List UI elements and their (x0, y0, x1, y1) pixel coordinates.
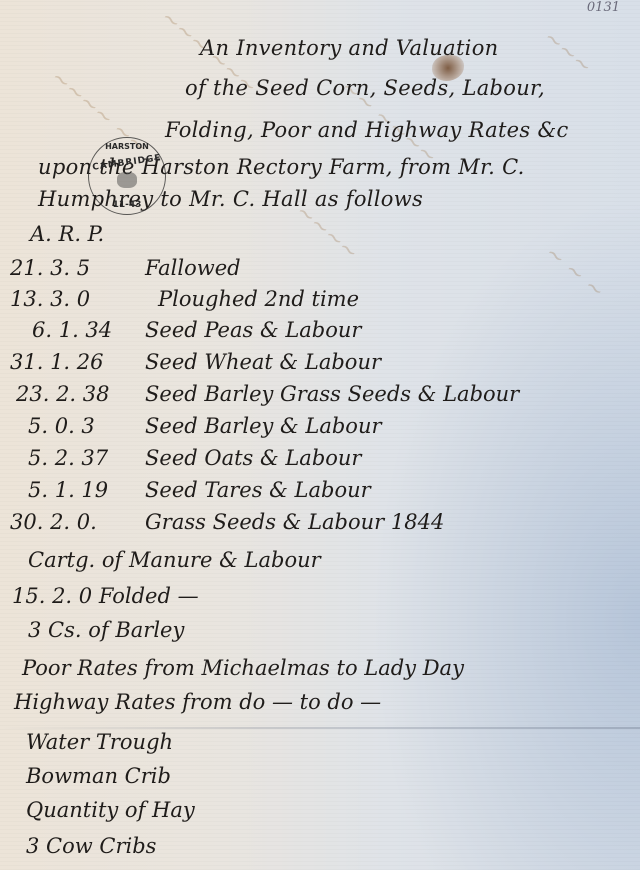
entry-description: Seed Oats & Labour (145, 446, 361, 470)
line-cow-cribs: 3 Cow Cribs (26, 834, 156, 858)
entry-description: Seed Tares & Labour (145, 478, 371, 502)
line-cartage-of-manure: Cartg. of Manure & Labour (28, 548, 321, 572)
entry-quantity: 5. 2. 37 (28, 446, 158, 470)
entry-description: Seed Barley Grass Seeds & Labour (145, 382, 519, 406)
entry-quantity: 21. 3. 5 (10, 256, 140, 280)
postmark-top-text: HARSTON (89, 142, 165, 151)
entry-quantity: 5. 0. 3 (28, 414, 158, 438)
entry-quantity: 5. 1. 19 (28, 478, 158, 502)
entry-description: Seed Peas & Labour (145, 318, 361, 342)
line-quantity-of-hay: Quantity of Hay (26, 798, 195, 822)
entry-description: Seed Barley & Labour (145, 414, 382, 438)
title-line-2: of the Seed Corn, Seeds, Labour, (185, 76, 545, 100)
line-poor-rates: Poor Rates from Michaelmas to Lady Day (22, 656, 464, 680)
column-header-acres-roods-perches: A. R. P. (30, 222, 104, 246)
line-folded: 15. 2. 0 Folded — (12, 584, 199, 608)
entry-description: Fallowed (145, 256, 241, 280)
entry-description: Seed Wheat & Labour (145, 350, 381, 374)
line-barley: 3 Cs. of Barley (28, 618, 184, 642)
entry-quantity: 6. 1. 34 (32, 318, 162, 342)
entry-quantity: 30. 2. 0. (10, 510, 140, 534)
postmark-crest-icon (117, 172, 137, 188)
entry-quantity: 13. 3. 0 (10, 287, 140, 311)
entry-quantity: 31. 1. 26 (10, 350, 140, 374)
paper-fold-line (0, 727, 640, 729)
entry-description: Ploughed 2nd time (158, 287, 359, 311)
line-highway-rates: Highway Rates from do — to do — (14, 690, 381, 714)
postmark-town: CAMBRIDGE (89, 153, 166, 173)
entry-quantity: 23. 2. 38 (16, 382, 146, 406)
line-water-trough: Water Trough (26, 730, 173, 754)
postmark-stamp: HARSTON CAMBRIDGE 11-43 (88, 137, 166, 215)
folio-number: 0131 (587, 0, 620, 15)
entry-description: Grass Seeds & Labour 1844 (145, 510, 444, 534)
postmark-date: 11-43 (89, 200, 165, 210)
line-bowman-crib: Bowman Crib (26, 764, 171, 788)
title-line-3: Folding, Poor and Highway Rates &c (165, 118, 569, 142)
title-line-1: An Inventory and Valuation (200, 36, 498, 60)
